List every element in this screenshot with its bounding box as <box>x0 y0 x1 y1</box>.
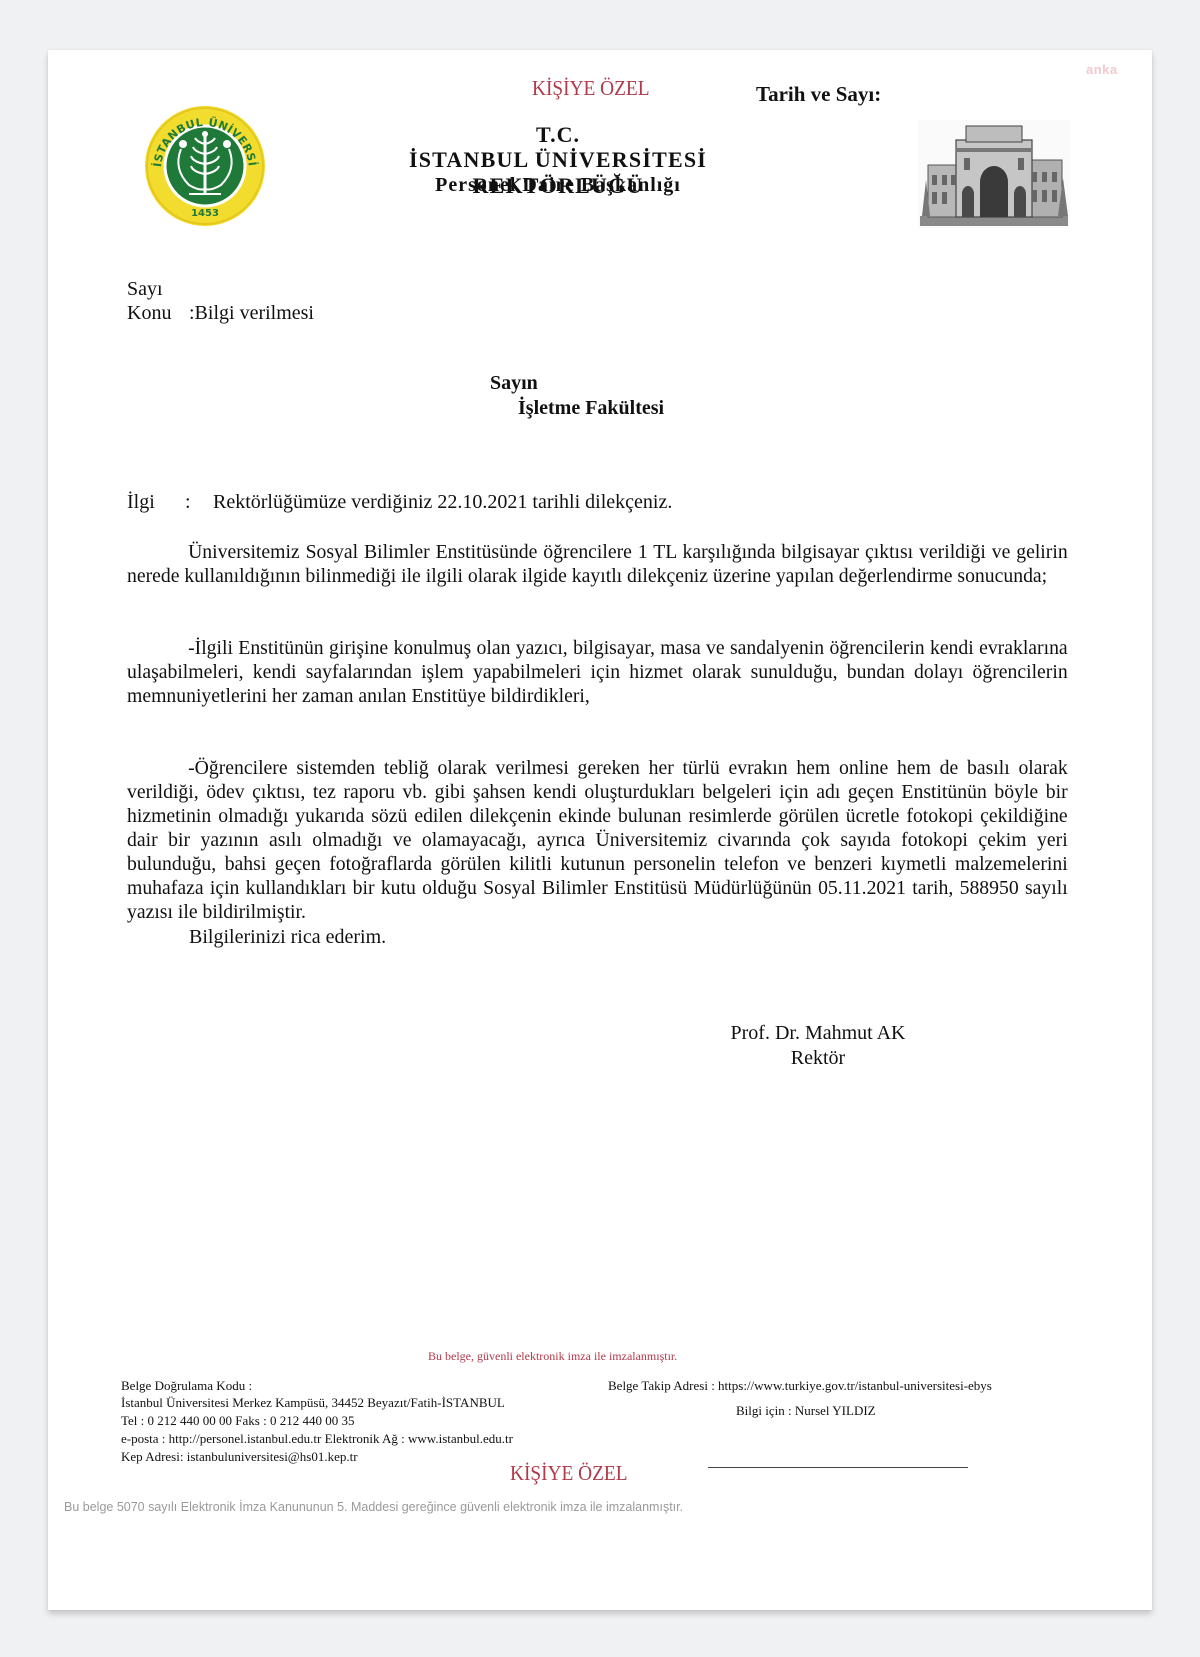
signatory-title: Rektör <box>648 1047 988 1070</box>
verification-code-label: Belge Doğrulama Kodu : <box>121 1378 252 1394</box>
signatory-name: Prof. Dr. Mahmut AK <box>648 1022 988 1045</box>
university-seal-icon: T.C. İSTANBUL ÜNİVERSİTESİ 1453 <box>143 104 267 228</box>
reference-separator: : <box>185 491 213 514</box>
kep-address: Kep Adresi: istanbuluniversitesi@hs01.ke… <box>121 1449 358 1465</box>
body-paragraph: -Öğrencilere sistemden tebliğ olarak ver… <box>127 756 1068 924</box>
sayi-label: Sayı <box>127 278 163 300</box>
university-gate-illustration-icon <box>918 120 1070 228</box>
header-tc: T.C. <box>328 122 788 148</box>
phone-fax: Tel : 0 212 440 00 00 Faks : 0 212 440 0… <box>121 1413 354 1429</box>
confidential-label-top: KİŞİYE ÖZEL <box>532 76 650 101</box>
salutation: Sayın <box>490 372 538 395</box>
body-paragraph: Üniversitemiz Sosyal Bilimler Enstitüsün… <box>127 540 1068 588</box>
reference-label: İlgi <box>127 491 185 514</box>
confidential-label-bottom: KİŞİYE ÖZEL <box>510 1461 628 1486</box>
postal-address: İstanbul Üniversitesi Merkez Kampüsü, 34… <box>121 1395 505 1411</box>
konu-value: :Bilgi verilmesi <box>189 302 314 324</box>
department-name: Personel Daire Başkanlığı <box>328 174 788 197</box>
closing-line: Bilgilerinizi rica ederim. <box>189 926 386 949</box>
document-page: anka KİŞİYE ÖZEL Tarih ve Sayı: T.C. İST… <box>48 50 1152 1610</box>
reference-line: İlgi:Rektörlüğümüze verdiğiniz 22.10.202… <box>127 491 672 514</box>
svg-text:1453: 1453 <box>191 208 219 219</box>
footer-divider-short <box>708 1467 968 1468</box>
body-paragraph: -İlgili Enstitünün girişine konulmuş ola… <box>127 636 1068 708</box>
sayi-field: Sayı <box>127 278 163 301</box>
legal-disclaimer: Bu belge 5070 sayılı Elektronik İmza Kan… <box>64 1500 683 1514</box>
esign-notice: Bu belge, güvenli elektronik imza ile im… <box>428 1349 677 1364</box>
contact-person: Bilgi için : Nursel YILDIZ <box>736 1403 876 1419</box>
addressee-name: İşletme Fakültesi <box>518 397 664 420</box>
tracking-address[interactable]: Belge Takip Adresi : https://www.turkiye… <box>608 1378 992 1394</box>
email-web[interactable]: e-posta : http://personel.istanbul.edu.t… <box>121 1431 513 1447</box>
konu-label: Konu <box>127 302 189 325</box>
watermark: anka <box>1086 62 1118 77</box>
date-number-label: Tarih ve Sayı: <box>756 82 881 107</box>
reference-text: Rektörlüğümüze verdiğiniz 22.10.2021 tar… <box>213 491 672 513</box>
konu-field: Konu:Bilgi verilmesi <box>127 302 314 325</box>
